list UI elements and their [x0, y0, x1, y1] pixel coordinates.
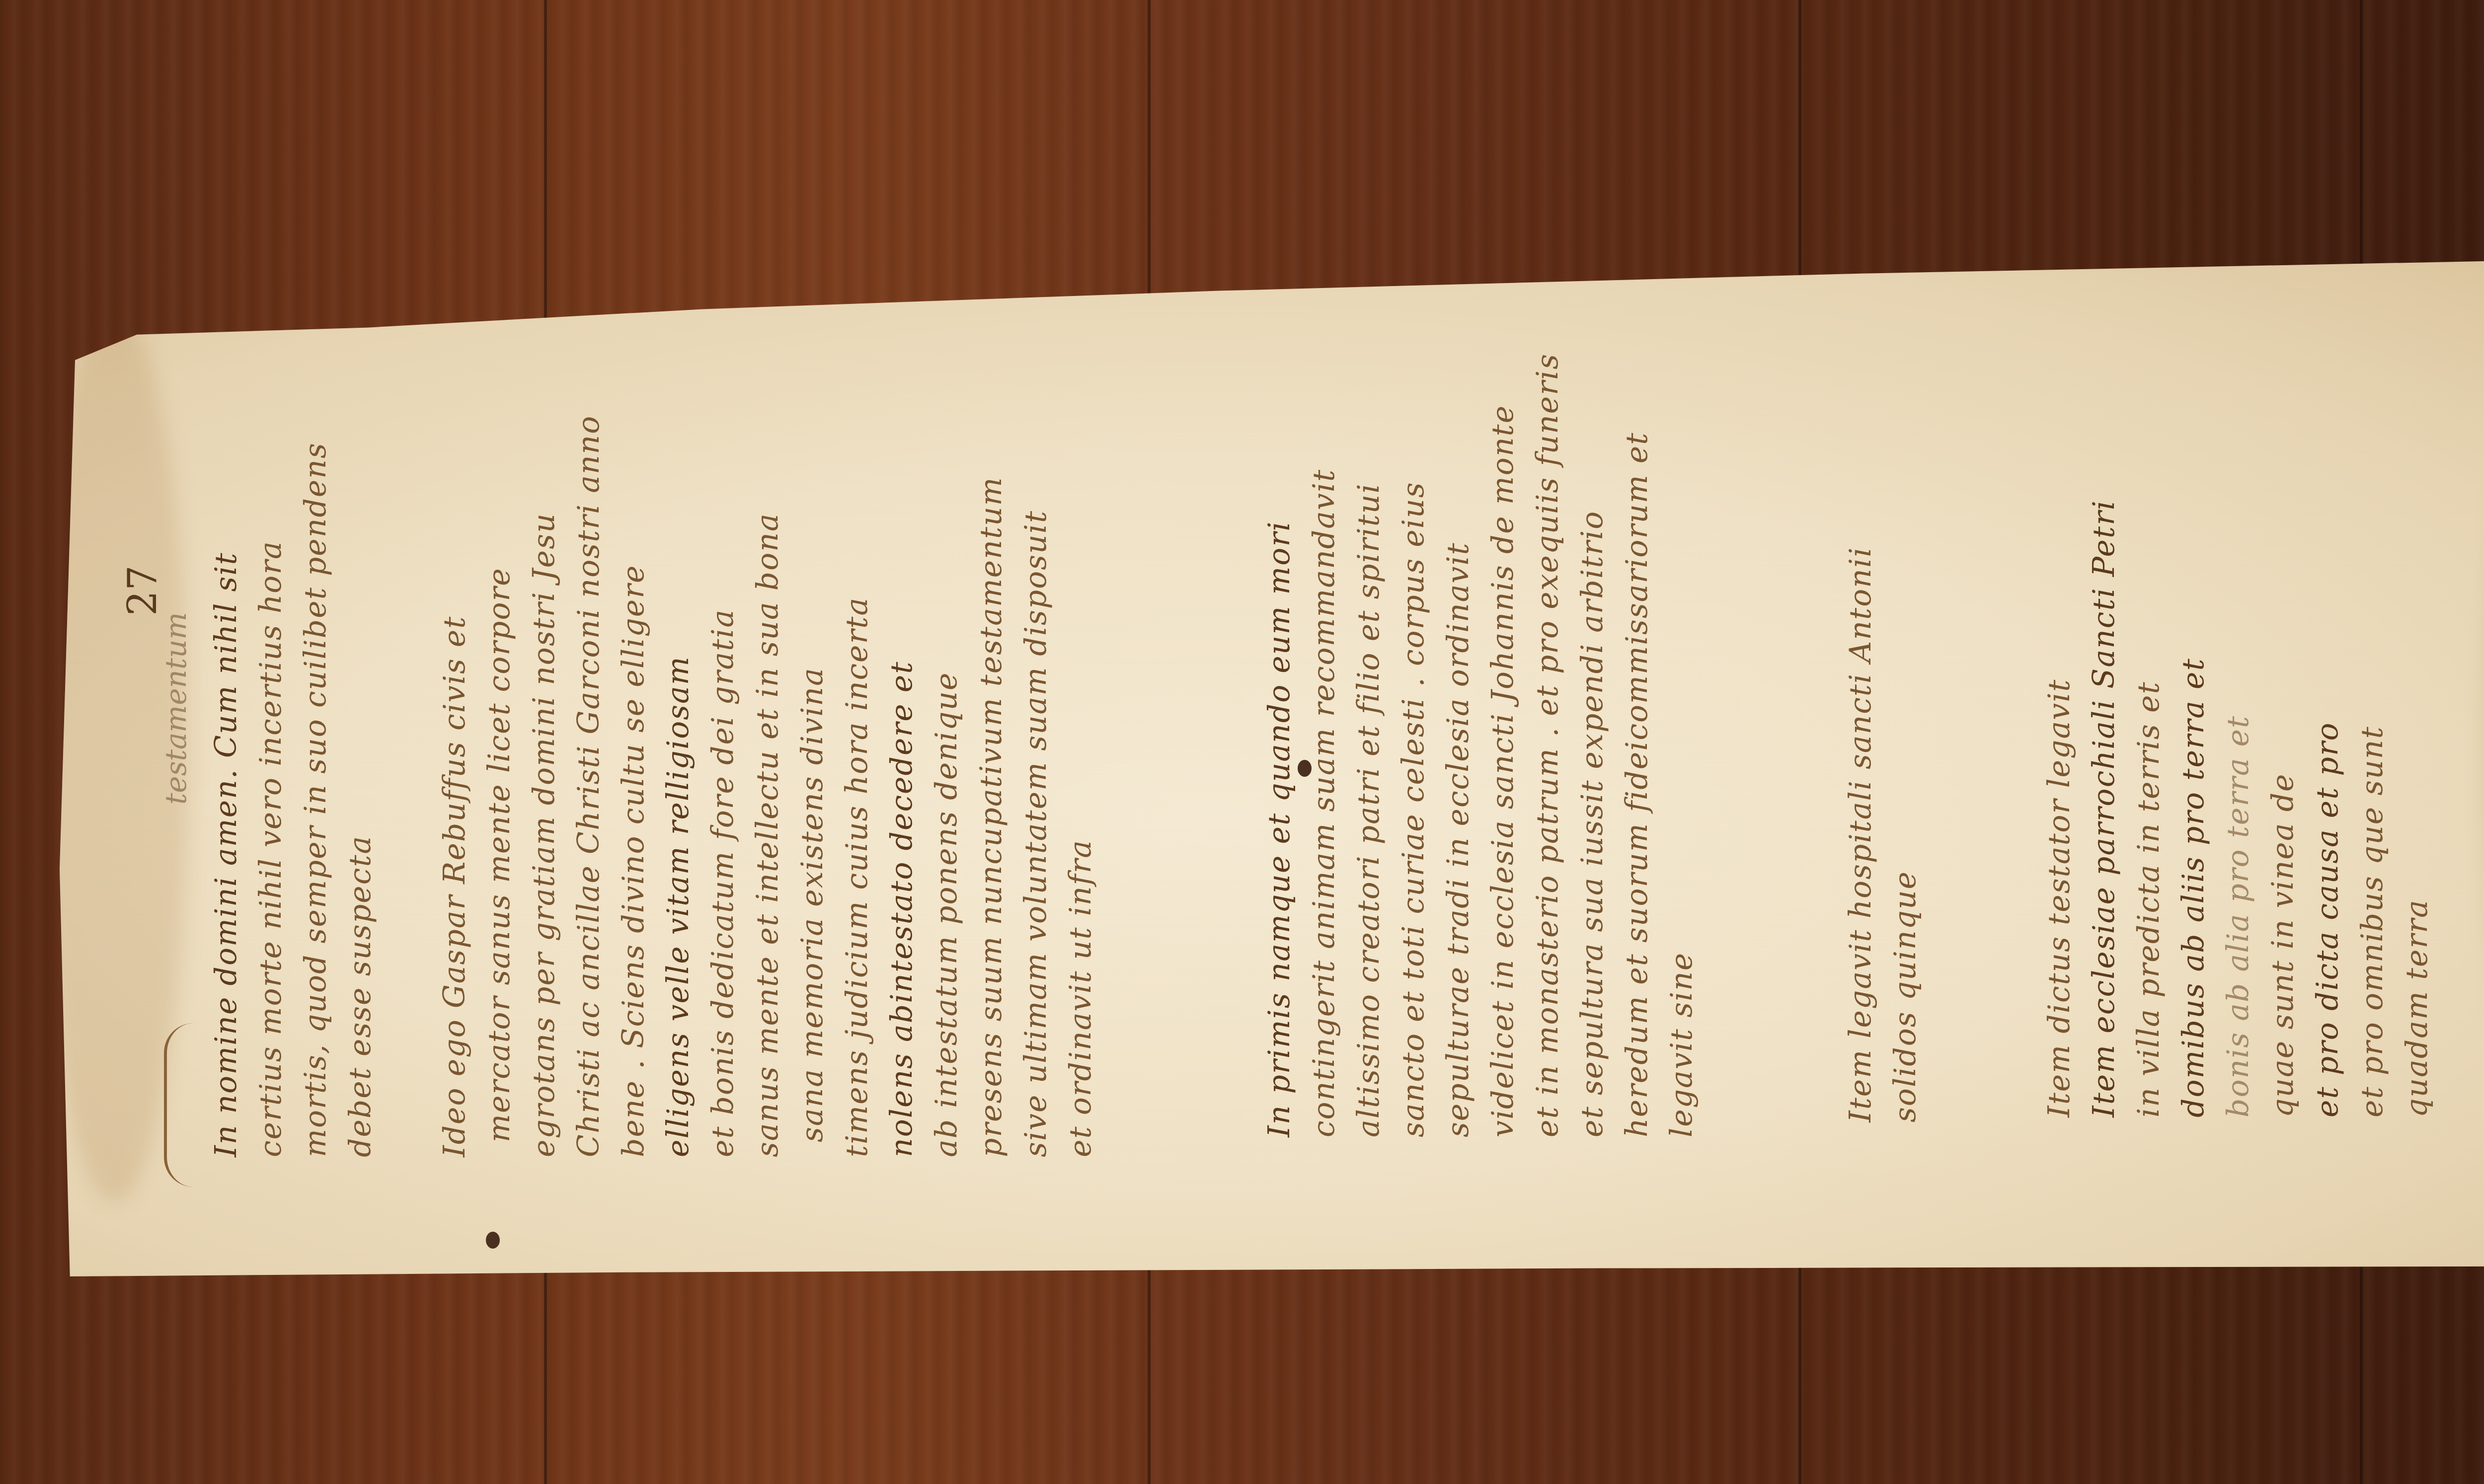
manuscript-line: In nomine domini amen. Cum nihil sit — [209, 552, 243, 1157]
manuscript-line: et bonis dedicatum fore dei gratia — [705, 609, 740, 1157]
manuscript-line: Item ecclesiae parrochiali Sancti Petri — [2087, 500, 2121, 1117]
manuscript-line: debet esse suspecta — [343, 835, 378, 1157]
manuscript-line: et pro omnibus que sunt — [2355, 726, 2390, 1117]
manuscript-line: sana memoria existens divina — [795, 667, 830, 1142]
manuscript-line: mortis, quod semper in suo cuilibet pend… — [298, 442, 333, 1157]
manuscript-line: videlicet in ecclesia sancti Johannis de… — [1485, 405, 1520, 1137]
manuscript-line: elligens velle vitam relligiosam — [661, 656, 696, 1157]
manuscript-line: sive ultimam voluntatem suam disposuit — [1018, 510, 1053, 1157]
manuscript-line: sancto et toti curiae celesti . corpus e… — [1396, 482, 1431, 1137]
manuscript-line: egrotans per gratiam domini nostri Jesu — [527, 513, 561, 1157]
manuscript-line: legavit sine — [1664, 952, 1699, 1137]
manuscript-line: Ideo ego Gaspar Rebuffus civis et — [437, 616, 472, 1157]
manuscript-line: quae sunt in vinea de — [2265, 773, 2300, 1117]
manuscript-line: et pro dicta causa et pro — [2310, 722, 2345, 1117]
manuscript-line: in villa predicta in terris et — [2131, 681, 2166, 1117]
manuscript-line: certius morte nihil vero incertius hora — [253, 540, 288, 1157]
manuscript-line: et ordinavit ut infra — [1063, 839, 1098, 1157]
manuscript-line: solidos quinque — [1888, 871, 1923, 1122]
manuscript-line: nolens abintestato decedere et — [884, 661, 919, 1157]
manuscript-line: quadam terra — [2400, 899, 2434, 1117]
manuscript-line: Item legavit hospitali sancti Antonii — [1843, 547, 1878, 1122]
manuscript-line: In primis namque et quando eum mori — [1262, 521, 1297, 1137]
page-number: 27 — [119, 565, 165, 616]
manuscript-line: contingerit animam suam recommandavit — [1307, 469, 1341, 1137]
manuscript-line: Item dictus testator legavit — [2042, 679, 2077, 1117]
manuscript-line: sepulturae tradi in ecclesia ordinavit — [1441, 542, 1475, 1137]
manuscript-line: bene . Sciens divino cultu se elligere — [616, 564, 651, 1157]
manuscript-line: domibus ab aliis pro terra et — [2176, 658, 2211, 1117]
manuscript-line: Christi ac ancillae Christi Garconi nost… — [571, 415, 606, 1157]
manuscript-line: mercator sanus mente licet corpore — [482, 567, 517, 1142]
manuscript-line: altissimo creatori patri et filio et spi… — [1351, 483, 1386, 1137]
manuscript-line: et in monasterio patrum . et pro exequii… — [1530, 353, 1565, 1137]
manuscript-line: et sepultura sua iussit expendi arbitrio — [1575, 511, 1610, 1137]
manuscript-line: presens suum nuncupativum testamentum — [974, 476, 1009, 1157]
manuscript-line: bonis ab alia pro terra et — [2221, 715, 2255, 1117]
manuscript-line: heredum et suorum fideicommissariorum et — [1620, 432, 1654, 1137]
manuscript-line: ab intestatum ponens denique — [929, 671, 964, 1157]
document-heading: testamentum — [159, 612, 193, 805]
manuscript-line: sanus mente et intellectu et in sua bona — [750, 513, 785, 1157]
worm-hole — [486, 1232, 500, 1249]
manuscript-line: timens judicium cuius hora incerta — [840, 597, 874, 1157]
